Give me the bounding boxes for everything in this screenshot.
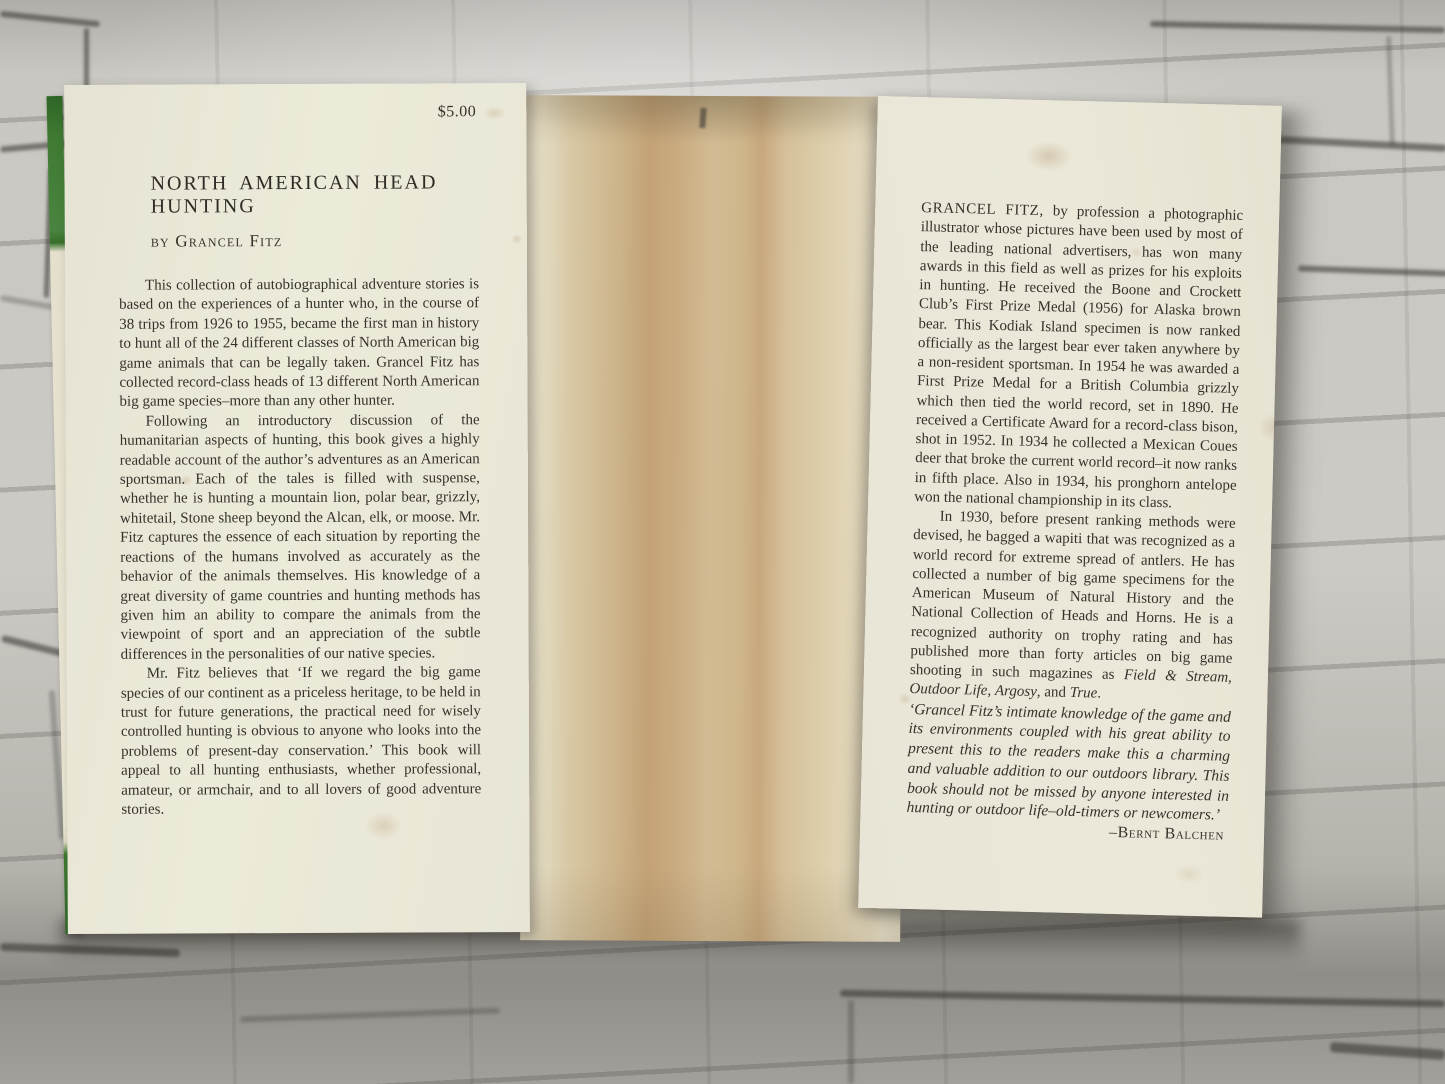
- back-flap-blurb: GRANCEL FITZ, by profession a photograph…: [860, 96, 1282, 846]
- text-run: , and: [1037, 684, 1070, 701]
- front-flap-paragraph-2: Following an introductory discussion of …: [120, 411, 481, 665]
- text-run: .: [1097, 686, 1101, 702]
- endorsement-quote: ‘Grancel Fitz’s intimate knowledge of th…: [906, 699, 1231, 826]
- text-run: ,: [1228, 670, 1232, 686]
- book-dust-jacket-photo: $5.00 NORTH AMERICAN HEAD HUNTING by Gra…: [0, 0, 1445, 1084]
- text-run: In 1930, before present ranking methods …: [910, 509, 1236, 684]
- magazine-title: Argosy: [995, 683, 1037, 700]
- jacket-inside-spine-panel: [520, 95, 904, 942]
- back-flap: GRANCEL FITZ, by profession a photograph…: [858, 96, 1282, 918]
- magazine-title: True: [1070, 685, 1098, 702]
- back-flap-paragraph-1: GRANCEL FITZ, by profession a photograph…: [914, 199, 1243, 515]
- book-author-byline: by Grancel Fitz: [151, 230, 527, 252]
- magazine-title: Outdoor Life: [909, 681, 987, 699]
- mortar-crevice: [848, 1000, 854, 1084]
- front-flap-paragraph-3: Mr. Fitz believes that ‘If we regard the…: [121, 663, 482, 820]
- front-flap: $5.00 NORTH AMERICAN HEAD HUNTING by Gra…: [64, 83, 530, 934]
- author-name-lead: GRANCEL FITZ,: [921, 200, 1044, 219]
- front-flap-blurb: This collection of autobiographical adve…: [119, 275, 481, 820]
- magazine-title: Field & Stream: [1124, 667, 1229, 686]
- text-run: by profession a photographic illustrator…: [914, 203, 1243, 511]
- front-flap-paragraph-1: This collection of autobiographical adve…: [119, 275, 480, 412]
- book-title: NORTH AMERICAN HEAD HUNTING: [151, 171, 527, 219]
- back-flap-paragraph-2: In 1930, before present ranking methods …: [909, 507, 1236, 707]
- price-label: $5.00: [438, 103, 477, 121]
